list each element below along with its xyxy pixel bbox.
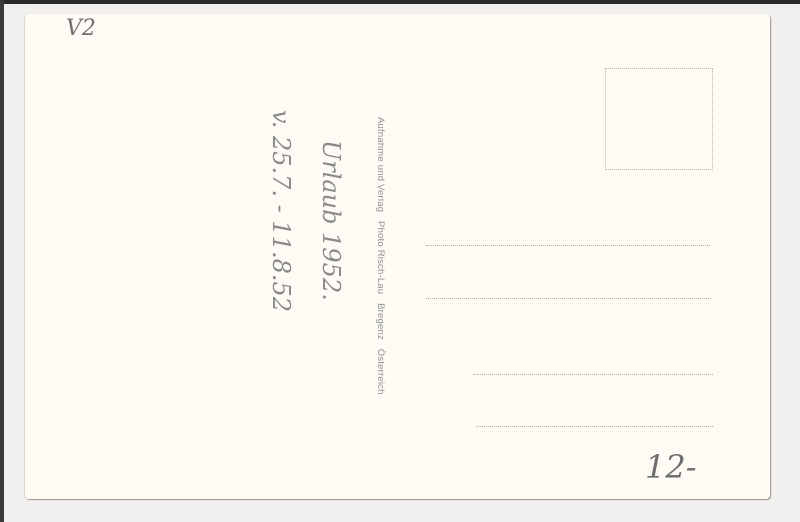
scan-edge-left [0, 0, 4, 522]
address-line-3 [473, 374, 713, 375]
handwritten-note-line1: Urlaub 1952. [317, 140, 345, 301]
publisher-imprint: Aufnahme und Verlag Photo Risch-Lau Breg… [375, 117, 386, 401]
address-line-1 [426, 245, 710, 246]
publisher-text-2: Photo Risch-Lau [375, 221, 386, 294]
handwritten-mark-v2: V2 [66, 16, 96, 41]
publisher-text-1: Aufnahme und Verlag [375, 117, 386, 212]
handwritten-note-line2: v. 25.7. - 11.8.52 [267, 110, 295, 312]
stamp-box [605, 68, 713, 170]
scan-edge-top [0, 0, 800, 4]
address-line-2 [426, 298, 711, 299]
address-line-4 [476, 426, 713, 427]
publisher-text-4: Österreich [375, 349, 386, 395]
handwritten-price: 12- [645, 448, 697, 486]
publisher-text-3: Bregenz [375, 303, 386, 340]
